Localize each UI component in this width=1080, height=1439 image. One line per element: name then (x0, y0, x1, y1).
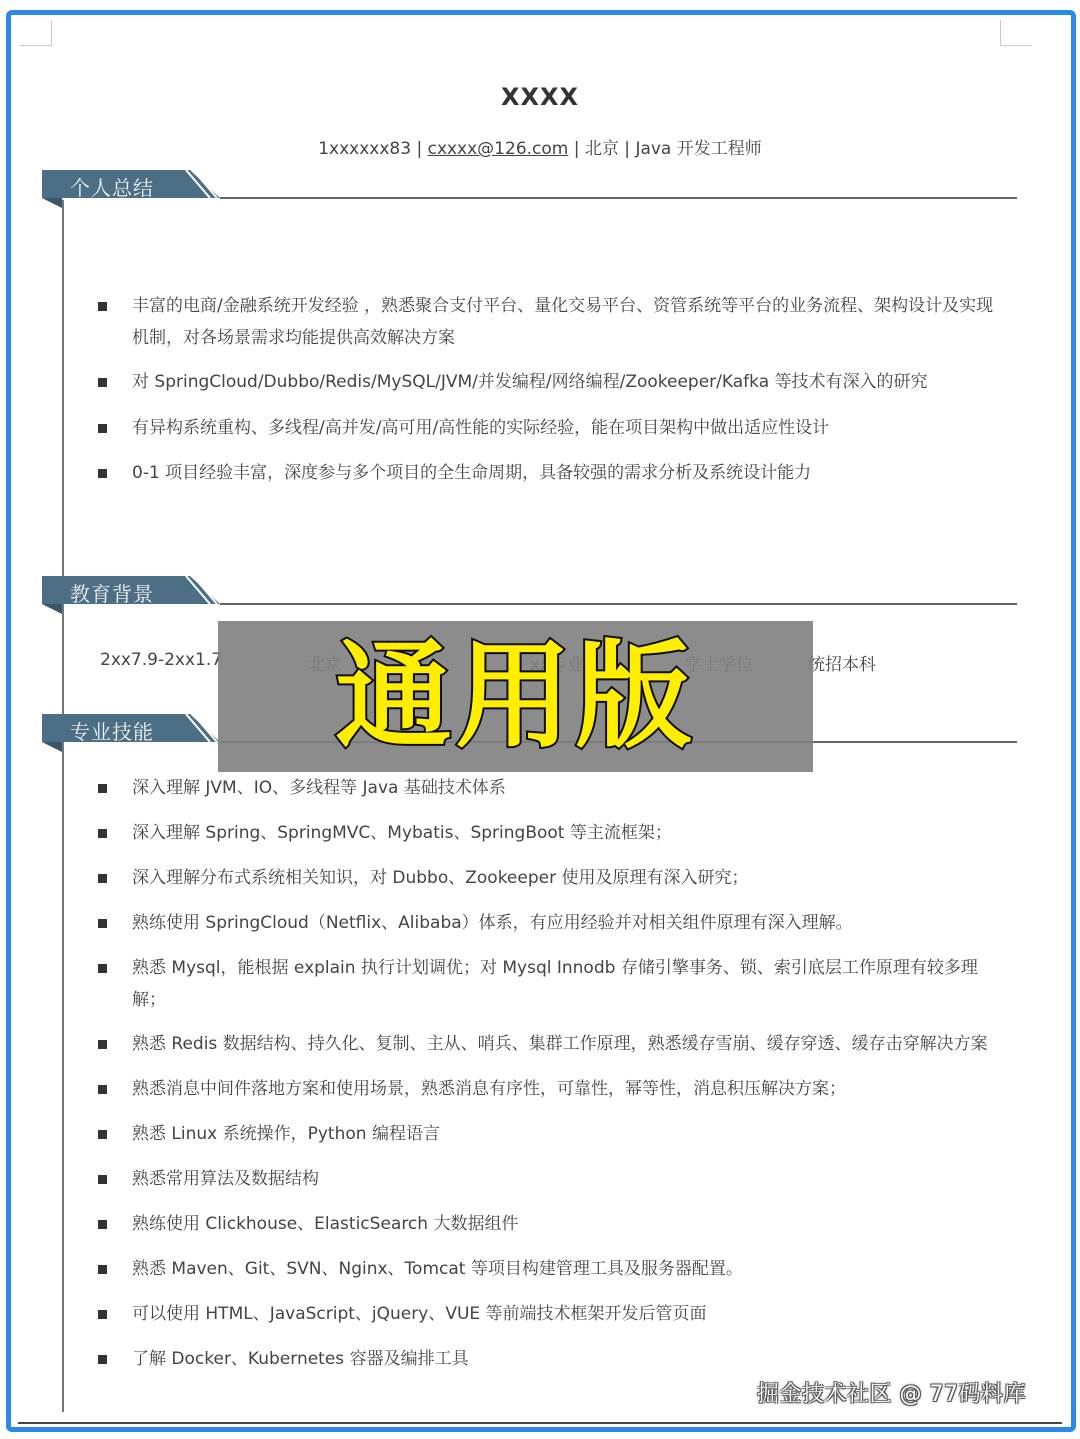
item-text: 熟练使用 SpringCloud（Netflix、Alibaba）体系，有应用经… (132, 913, 853, 933)
list-item: 熟练使用 SpringCloud（Netflix、Alibaba）体系，有应用经… (96, 907, 996, 939)
bullet-square-icon (98, 1265, 107, 1274)
email-link[interactable]: cxxxx@126.com (428, 139, 569, 159)
page-bottom-rule (18, 1422, 1062, 1424)
section-header-summary: 个人总结 (42, 170, 1017, 202)
bullet-square-icon (98, 1355, 107, 1364)
item-text: 0-1 项目经验丰富，深度参与多个项目的全生命周期，具备较强的需求分析及系统设计… (132, 463, 811, 483)
item-text: 熟悉 Linux 系统操作，Python 编程语言 (132, 1124, 440, 1144)
item-text: 熟练使用 Clickhouse、ElasticSearch 大数据组件 (132, 1214, 518, 1234)
list-item: 可以使用 HTML、JavaScript、jQuery、VUE 等前端技术框架开… (96, 1298, 996, 1330)
bullet-square-icon (98, 1175, 107, 1184)
section-title: 个人总结 (70, 172, 154, 201)
list-item: 熟练使用 Clickhouse、ElasticSearch 大数据组件 (96, 1208, 996, 1240)
section-title: 教育背景 (70, 578, 154, 607)
bullet-square-icon (98, 469, 107, 478)
overlay-title: 通用版 (336, 639, 696, 755)
edu-type: 统招本科 (808, 650, 876, 675)
list-item: 熟悉 Maven、Git、SVN、Nginx、Tomcat 等项目构建管理工具及… (96, 1253, 996, 1285)
item-text: 熟悉 Maven、Git、SVN、Nginx、Tomcat 等项目构建管理工具及… (132, 1259, 743, 1279)
list-item: 0-1 项目经验丰富，深度参与多个项目的全生命周期，具备较强的需求分析及系统设计… (96, 457, 996, 489)
item-text: 丰富的电商/金融系统开发经验 ，熟悉聚合支付平台、量化交易平台、资管系统等平台的… (132, 296, 993, 348)
bullet-square-icon (98, 964, 107, 973)
list-item: 丰富的电商/金融系统开发经验 ，熟悉聚合支付平台、量化交易平台、资管系统等平台的… (96, 290, 996, 354)
item-text: 熟悉消息中间件落地方案和使用场景，熟悉消息有序性，可靠性，幂等性，消息积压解决方… (132, 1079, 846, 1099)
section-title: 专业技能 (70, 716, 154, 745)
section-rule (220, 197, 1017, 199)
bullet-square-icon (98, 1130, 107, 1139)
bullet-square-icon (98, 1040, 107, 1049)
tab-fold (42, 604, 62, 614)
bullet-square-icon (98, 1310, 107, 1319)
summary-list: 丰富的电商/金融系统开发经验 ，熟悉聚合支付平台、量化交易平台、资管系统等平台的… (96, 290, 996, 489)
item-text: 可以使用 HTML、JavaScript、jQuery、VUE 等前端技术框架开… (132, 1304, 707, 1324)
separator: | (619, 139, 636, 159)
resume-name: XXXX (0, 83, 1080, 111)
diagonal-stripes-icon (182, 714, 222, 742)
overlay-banner: 通用版 (218, 621, 813, 772)
list-item: 深入理解 JVM、IO、多线程等 Java 基础技术体系 (96, 772, 996, 804)
bullet-square-icon (98, 919, 107, 928)
diagonal-stripes-icon (182, 576, 222, 604)
item-text: 熟悉 Mysql，能根据 explain 执行计划调优；对 Mysql Inno… (132, 958, 978, 1010)
list-item: 深入理解 Spring、SpringMVC、Mybatis、SpringBoot… (96, 817, 996, 849)
bullet-square-icon (98, 424, 107, 433)
tab-fold (42, 198, 62, 208)
bullet-square-icon (98, 1220, 107, 1229)
item-text: 深入理解分布式系统相关知识，对 Dubbo、Zookeeper 使用及原理有深入… (132, 868, 749, 888)
edu-period: 2xx7.9-2xx1.7 (100, 650, 222, 670)
diagonal-stripes-icon (182, 170, 222, 198)
left-rail-divider (62, 200, 64, 1412)
watermark: 掘金技术社区 @ 77码料库 (757, 1377, 1026, 1408)
section-rule (220, 603, 1017, 605)
bullet-square-icon (98, 829, 107, 838)
section-header-education: 教育背景 (42, 576, 1017, 608)
list-item: 熟悉 Linux 系统操作，Python 编程语言 (96, 1118, 996, 1150)
contact-line: 1xxxxxx83 | cxxxx@126.com | 北京 | Java 开发… (0, 134, 1080, 159)
tab-fold (42, 742, 62, 752)
job-title: Java 开发工程师 (635, 139, 761, 159)
list-item: 熟悉消息中间件落地方案和使用场景，熟悉消息有序性，可靠性，幂等性，消息积压解决方… (96, 1073, 996, 1105)
item-text: 熟悉常用算法及数据结构 (132, 1169, 319, 1189)
list-item: 熟悉常用算法及数据结构 (96, 1163, 996, 1195)
skills-list: 深入理解 JVM、IO、多线程等 Java 基础技术体系 深入理解 Spring… (96, 772, 996, 1375)
item-text: 对 SpringCloud/Dubbo/Redis/MySQL/JVM/并发编程… (132, 372, 928, 392)
list-item: 了解 Docker、Kubernetes 容器及编排工具 (96, 1343, 996, 1375)
bullet-square-icon (98, 302, 107, 311)
item-text: 了解 Docker、Kubernetes 容器及编排工具 (132, 1349, 469, 1369)
item-text: 熟悉 Redis 数据结构、持久化、复制、主从、哨兵、集群工作原理，熟悉缓存雪崩… (132, 1034, 988, 1054)
item-text: 深入理解 JVM、IO、多线程等 Java 基础技术体系 (132, 778, 506, 798)
city: 北京 (585, 139, 619, 159)
bullet-square-icon (98, 1085, 107, 1094)
list-item: 深入理解分布式系统相关知识，对 Dubbo、Zookeeper 使用及原理有深入… (96, 862, 996, 894)
separator: | (411, 139, 428, 159)
list-item: 有异构系统重构、多线程/高并发/高可用/高性能的实际经验，能在项目架构中做出适应… (96, 412, 996, 444)
item-text: 深入理解 Spring、SpringMVC、Mybatis、SpringBoot… (132, 823, 672, 843)
bullet-square-icon (98, 784, 107, 793)
list-item: 熟悉 Redis 数据结构、持久化、复制、主从、哨兵、集群工作原理，熟悉缓存雪崩… (96, 1028, 996, 1060)
page-corner-mark-top-left (20, 20, 52, 46)
page-corner-mark-top-right (1000, 20, 1032, 46)
phone: 1xxxxxx83 (318, 139, 411, 159)
separator: | (568, 139, 585, 159)
list-item: 熟悉 Mysql，能根据 explain 执行计划调优；对 Mysql Inno… (96, 952, 996, 1016)
bullet-square-icon (98, 378, 107, 387)
bullet-square-icon (98, 874, 107, 883)
item-text: 有异构系统重构、多线程/高并发/高可用/高性能的实际经验，能在项目架构中做出适应… (132, 418, 829, 438)
list-item: 对 SpringCloud/Dubbo/Redis/MySQL/JVM/并发编程… (96, 366, 996, 398)
